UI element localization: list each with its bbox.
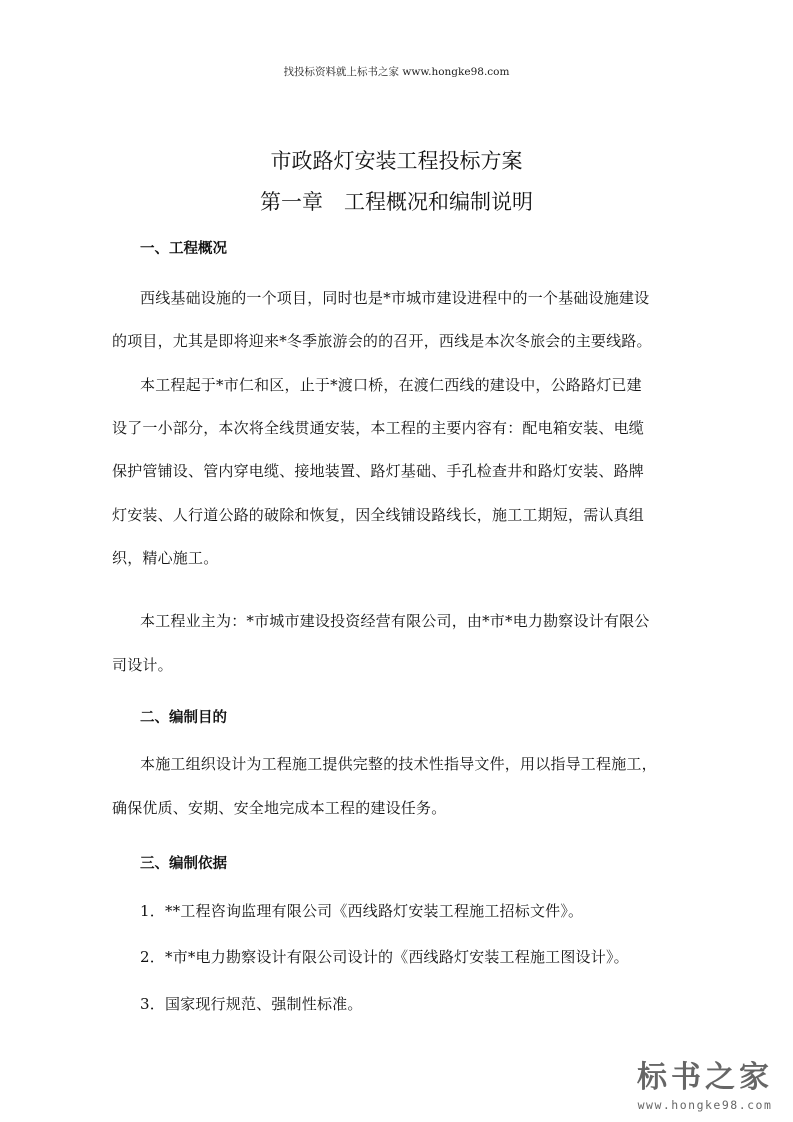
section-heading-overview: 一、工程概况 — [140, 237, 227, 258]
paragraph-line: 司设计。 — [112, 654, 173, 675]
list-item: 1．**工程咨询监理有限公司《西线路灯安装工程施工招标文件》。 — [140, 900, 583, 921]
list-item: 3．国家现行规范、强制性标准。 — [140, 993, 363, 1014]
paragraph-line: 灯安装、人行道公路的破除和恢复，因全线铺设路线长，施工工期短，需认真组 — [112, 504, 644, 525]
section-heading-basis: 三、编制依据 — [140, 852, 227, 873]
paragraph-line: 保护管铺设、管内穿电缆、接地装置、路灯基础、手孔检查井和路灯安装、路牌 — [112, 460, 644, 481]
paragraph-line: 本工程起于*市仁和区，止于*渡口桥，在渡仁西线的建设中，公路路灯已建 — [140, 374, 642, 395]
paragraph-line: 织，精心施工。 — [112, 547, 218, 568]
paragraph-line: 设了一小部分，本次将全线贯通安装，本工程的主要内容有：配电箱安装、电缆 — [112, 417, 644, 438]
logo-url: www.hongke98.com — [625, 1098, 785, 1112]
paragraph-line: 西线基础设施的一个项目，同时也是*市城市建设进程中的一个基础设施建设 — [140, 287, 649, 308]
paragraph-line: 本工程业主为：*市城市建设投资经营有限公司，由*市*电力勘察设计有限公 — [140, 610, 650, 631]
chapter-title: 第一章 工程概况和编制说明 — [0, 186, 793, 216]
section-heading-purpose: 二、编制目的 — [140, 706, 227, 727]
header-watermark-note: 找投标资料就上标书之家 www.hongke98.com — [0, 64, 793, 79]
list-item: 2．*市*电力勘察设计有限公司设计的《西线路灯安装工程施工图设计》。 — [140, 946, 629, 967]
paragraph-line: 本施工组织设计为工程施工提供完整的技术性指导文件，用以指导工程施工， — [140, 753, 657, 774]
logo-name: 标书之家 — [625, 1052, 785, 1096]
paragraph-line: 确保优质、安期、安全地完成本工程的建设任务。 — [112, 797, 446, 818]
paragraph-line: 的项目，尤其是即将迎来*冬季旅游会的的召开，西线是本次冬旅会的主要线路。 — [112, 330, 652, 351]
site-logo-watermark: 标书之家 www.hongke98.com — [625, 1052, 785, 1112]
document-title: 市政路灯安装工程投标方案 — [0, 145, 793, 175]
